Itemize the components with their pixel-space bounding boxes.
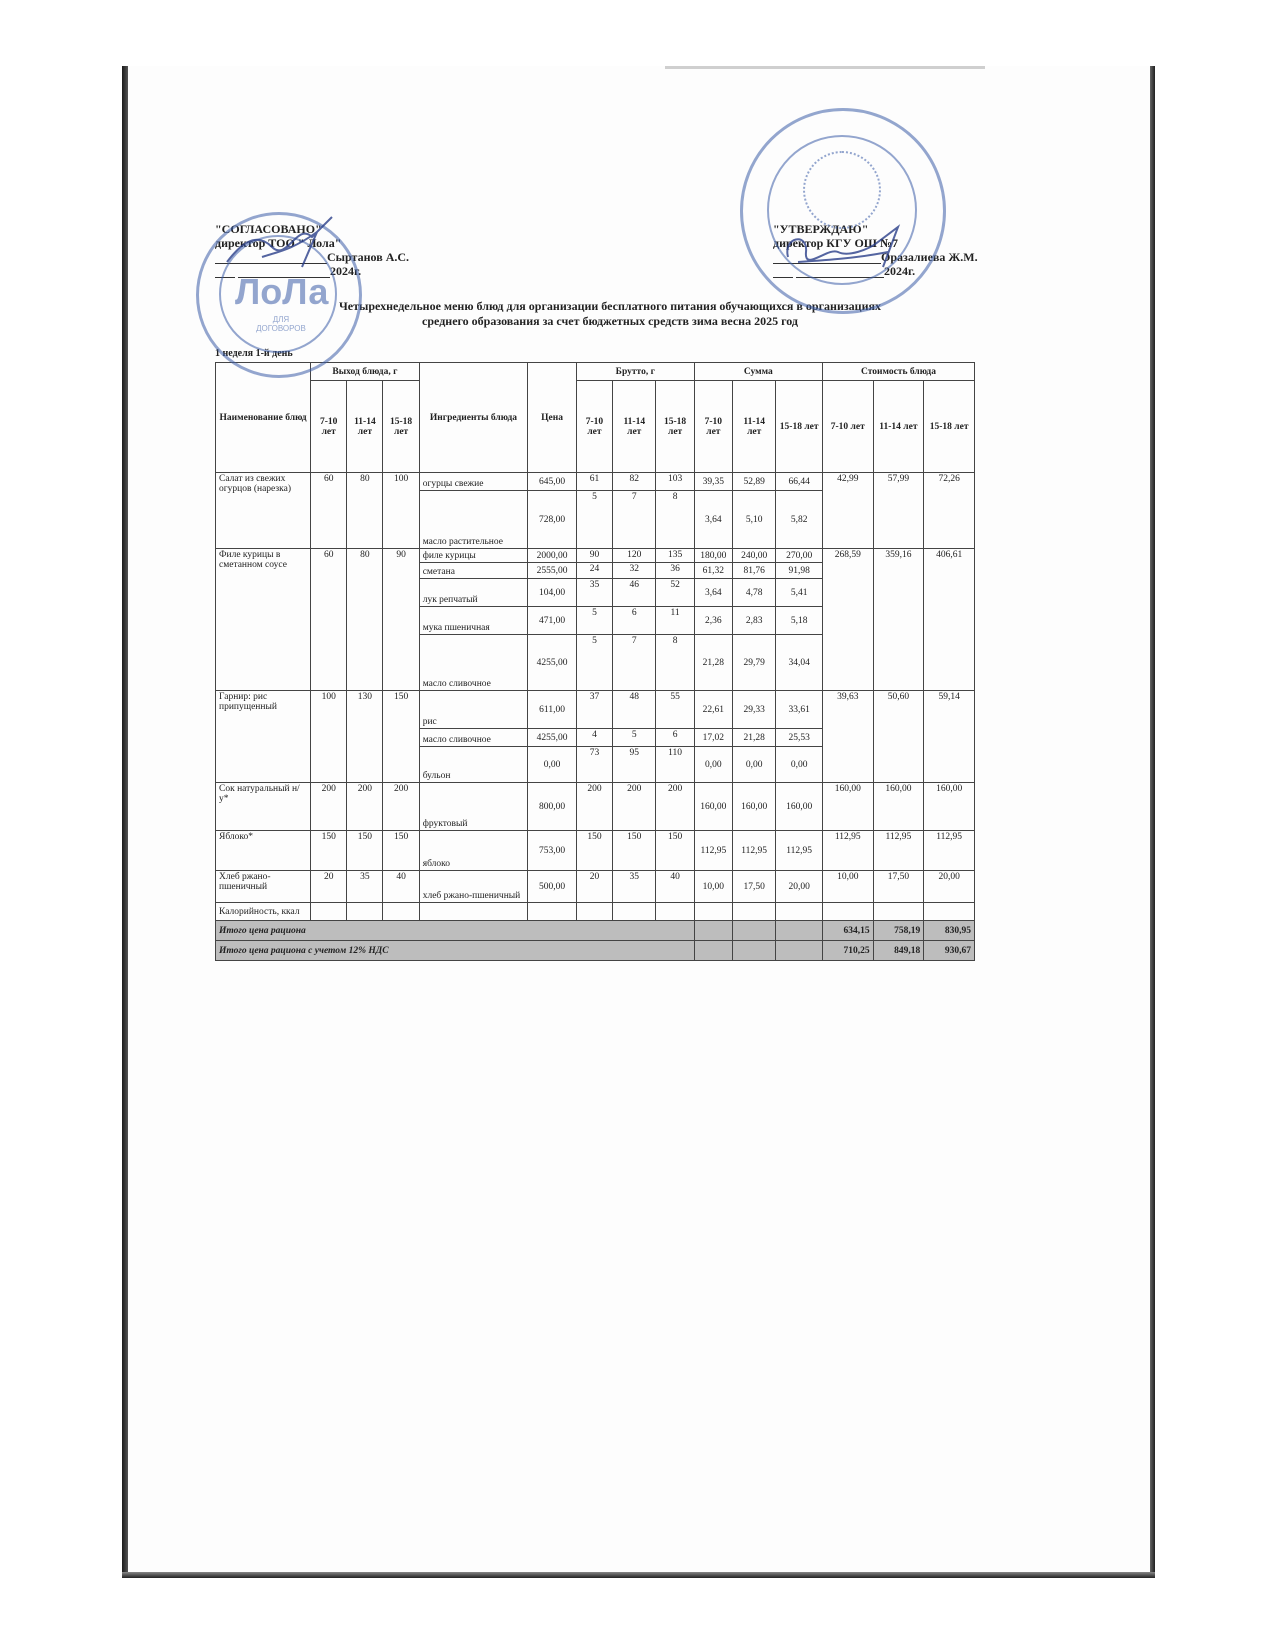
ingredient-name: фруктовый (419, 783, 528, 831)
approval-agreed-sign-row: Сыртанов А.С. (215, 250, 409, 264)
empty-cell (694, 941, 732, 961)
empty-cell (694, 921, 732, 941)
ingredient-sum: 20,00 (776, 871, 823, 903)
total-row-value: 830,95 (924, 921, 975, 941)
ingredient-name: яблоко (419, 831, 528, 871)
total-vat-row: Итого цена рациона с учетом 12% НДС710,2… (216, 941, 975, 961)
table-row: Филе курицы в сметанном соусе608090филе … (216, 549, 975, 563)
ingredient-brutto: 4 (576, 729, 612, 747)
ingredient-sum: 17,50 (732, 871, 775, 903)
ingredient-sum: 0,00 (732, 747, 775, 783)
calories-row: Калорийность, ккал (216, 903, 975, 921)
ingredient-brutto: 8 (656, 635, 694, 691)
approval-agreed-block: "СОГЛАСОВАНО" директор ТОО " Лола" Сырта… (215, 222, 409, 278)
ingredient-brutto: 150 (656, 831, 694, 871)
approval-agreed-name: Сыртанов А.С. (327, 250, 409, 264)
ingredient-sum: 61,32 (694, 563, 732, 579)
ingredient-price: 728,00 (528, 491, 577, 549)
ingredient-sum: 2,83 (732, 607, 775, 635)
total-row-value: 758,19 (873, 921, 924, 941)
ingredient-brutto: 5 (576, 607, 612, 635)
dish-output: 80 (347, 549, 383, 691)
ingredient-sum: 22,61 (694, 691, 732, 729)
week-day-label: 1 неделя 1-й день (215, 348, 293, 359)
table-row: Гарнир: рис припущенный100130150рис611,0… (216, 691, 975, 729)
ingredient-brutto: 35 (576, 579, 612, 607)
ingredient-brutto: 46 (613, 579, 656, 607)
date-day-line (215, 265, 235, 278)
menu-table: Наименование блюд Выход блюда, г Ингреди… (215, 362, 975, 961)
empty-cell (873, 903, 924, 921)
ingredient-brutto: 52 (656, 579, 694, 607)
dish-cost: 10,00 (822, 871, 873, 903)
menu-table-body: Салат из свежих огурцов (нарезка)6080100… (216, 473, 975, 961)
approval-approved-block: "УТВЕРЖДАЮ" директор КГУ ОШ №7 Оразалиев… (773, 222, 978, 278)
total-row: Итого цена рациона634,15758,19830,95 (216, 921, 975, 941)
dish-output: 80 (347, 473, 383, 549)
document-title-line-2: среднего образования за счет бюджетных с… (330, 314, 890, 329)
ingredient-sum: 4,78 (732, 579, 775, 607)
total-vat-row-value: 710,25 (822, 941, 873, 961)
ingredient-price: 0,00 (528, 747, 577, 783)
dish-name: Салат из свежих огурцов (нарезка) (216, 473, 311, 549)
scan-edge-top (665, 66, 985, 69)
dish-output: 100 (311, 691, 347, 783)
date-day-line (773, 265, 793, 278)
date-month-line (796, 265, 884, 278)
dish-output: 40 (383, 871, 419, 903)
dish-name: Сок натуральный н/у* (216, 783, 311, 831)
dish-output: 200 (311, 783, 347, 831)
header-brutto-age-15-18: 15-18 лет (656, 381, 694, 473)
dish-cost: 406,61 (924, 549, 975, 691)
empty-cell (576, 903, 612, 921)
header-sum-age-11-14: 11-14 лет (732, 381, 775, 473)
ingredient-sum: 160,00 (776, 783, 823, 831)
ingredient-brutto: 61 (576, 473, 612, 491)
ingredient-brutto: 7 (613, 635, 656, 691)
header-ingredients: Ингредиенты блюда (419, 363, 528, 473)
ingredient-name: хлеб ржано-пшеничный (419, 871, 528, 903)
ingredient-brutto: 35 (613, 871, 656, 903)
ingredient-sum: 81,76 (732, 563, 775, 579)
empty-cell (776, 903, 823, 921)
ingredient-brutto: 11 (656, 607, 694, 635)
ingredient-name: огурцы свежие (419, 473, 528, 491)
dish-output: 20 (311, 871, 347, 903)
ingredient-name: рис (419, 691, 528, 729)
ingredient-brutto: 73 (576, 747, 612, 783)
ingredient-price: 2000,00 (528, 549, 577, 563)
total-row-label: Итого цена рациона (216, 921, 695, 941)
ingredient-brutto: 110 (656, 747, 694, 783)
dish-output: 200 (347, 783, 383, 831)
dish-cost: 112,95 (873, 831, 924, 871)
ingredient-brutto: 120 (613, 549, 656, 563)
header-output-age-11-14: 11-14 лет (347, 381, 383, 473)
approval-agreed-year: 2024г. (330, 264, 361, 278)
table-row: Яблоко*150150150яблоко753,00150150150112… (216, 831, 975, 871)
ingredient-brutto: 40 (656, 871, 694, 903)
ingredient-sum: 29,79 (732, 635, 775, 691)
ingredient-name: масло сливочное (419, 635, 528, 691)
header-price: Цена (528, 363, 577, 473)
empty-cell (822, 903, 873, 921)
ingredient-price: 4255,00 (528, 729, 577, 747)
ingredient-sum: 112,95 (694, 831, 732, 871)
ingredient-name: мука пшеничная (419, 607, 528, 635)
ingredient-sum: 180,00 (694, 549, 732, 563)
table-row: Хлеб ржано-пшеничный203540хлеб ржано-пше… (216, 871, 975, 903)
ingredient-sum: 17,02 (694, 729, 732, 747)
dish-cost: 39,63 (822, 691, 873, 783)
header-dish-name: Наименование блюд (216, 363, 311, 473)
empty-cell (694, 903, 732, 921)
header-cost-age-7-10: 7-10 лет (822, 381, 873, 473)
dish-cost: 59,14 (924, 691, 975, 783)
header-output-age-7-10: 7-10 лет (311, 381, 347, 473)
dish-name: Гарнир: рис припущенный (216, 691, 311, 783)
dish-output: 150 (383, 691, 419, 783)
ingredient-brutto: 5 (613, 729, 656, 747)
ingredient-brutto: 90 (576, 549, 612, 563)
approval-agreed-heading: "СОГЛАСОВАНО" (215, 222, 409, 236)
dish-cost: 112,95 (822, 831, 873, 871)
dish-cost: 17,50 (873, 871, 924, 903)
menu-table-header: Наименование блюд Выход блюда, г Ингреди… (216, 363, 975, 473)
ingredient-name: масло растительное (419, 491, 528, 549)
ingredient-sum: 3,64 (694, 579, 732, 607)
scan-edge-right (1150, 66, 1155, 1578)
dish-cost: 359,16 (873, 549, 924, 691)
dish-cost: 160,00 (822, 783, 873, 831)
ingredient-sum: 52,89 (732, 473, 775, 491)
header-sum-age-15-18: 15-18 лет (776, 381, 823, 473)
table-row: Салат из свежих огурцов (нарезка)6080100… (216, 473, 975, 491)
ingredient-brutto: 135 (656, 549, 694, 563)
ingredient-brutto: 5 (576, 491, 612, 549)
dish-cost: 20,00 (924, 871, 975, 903)
ingredient-brutto: 6 (656, 729, 694, 747)
ingredient-brutto: 5 (576, 635, 612, 691)
scan-edge-left (122, 66, 128, 1578)
empty-cell (613, 903, 656, 921)
ingredient-sum: 33,61 (776, 691, 823, 729)
approval-approved-sign-row: Оразалиева Ж.М. (773, 250, 978, 264)
document-title-line-1: Четырехнедельное меню блюд для организац… (330, 299, 890, 314)
dish-output: 150 (311, 831, 347, 871)
ingredient-brutto: 200 (576, 783, 612, 831)
ingredient-sum: 160,00 (694, 783, 732, 831)
calories-label: Калорийность, ккал (216, 903, 311, 921)
signature-line (215, 251, 327, 264)
ingredient-brutto: 37 (576, 691, 612, 729)
empty-cell (776, 941, 823, 961)
ingredient-brutto: 95 (613, 747, 656, 783)
total-vat-row-label: Итого цена рациона с учетом 12% НДС (216, 941, 695, 961)
ingredient-brutto: 55 (656, 691, 694, 729)
ingredient-name: лук репчатый (419, 579, 528, 607)
ingredient-price: 104,00 (528, 579, 577, 607)
total-vat-row-value: 930,67 (924, 941, 975, 961)
dish-output: 130 (347, 691, 383, 783)
header-output-age-15-18: 15-18 лет (383, 381, 419, 473)
ingredient-sum: 5,10 (732, 491, 775, 549)
ingredient-name: масло сливочное (419, 729, 528, 747)
ingredient-sum: 5,41 (776, 579, 823, 607)
header-brutto-age-7-10: 7-10 лет (576, 381, 612, 473)
approval-agreed-position: директор ТОО " Лола" (215, 236, 409, 250)
header-brutto-group: Брутто, г (576, 363, 694, 381)
header-sum-group: Сумма (694, 363, 822, 381)
header-cost-age-11-14: 11-14 лет (873, 381, 924, 473)
ingredient-brutto: 32 (613, 563, 656, 579)
ingredient-price: 2555,00 (528, 563, 577, 579)
dish-cost: 50,60 (873, 691, 924, 783)
empty-cell (311, 903, 347, 921)
header-cost-group: Стоимость блюда (822, 363, 974, 381)
ingredient-brutto: 82 (613, 473, 656, 491)
dish-cost: 112,95 (924, 831, 975, 871)
dish-name: Яблоко* (216, 831, 311, 871)
ingredient-sum: 25,53 (776, 729, 823, 747)
ingredient-brutto: 150 (613, 831, 656, 871)
dish-name: Хлеб ржано-пшеничный (216, 871, 311, 903)
ingredient-name: бульон (419, 747, 528, 783)
dish-cost: 72,26 (924, 473, 975, 549)
scan-edge-bottom (122, 1572, 1155, 1578)
ingredient-sum: 21,28 (732, 729, 775, 747)
ingredient-brutto: 7 (613, 491, 656, 549)
approval-approved-date-row: 2024г. (773, 264, 978, 278)
ingredient-sum: 0,00 (694, 747, 732, 783)
ingredient-name: филе курицы (419, 549, 528, 563)
ingredient-sum: 0,00 (776, 747, 823, 783)
empty-cell (656, 903, 694, 921)
table-row: Сок натуральный н/у*200200200фруктовый80… (216, 783, 975, 831)
ingredient-brutto: 103 (656, 473, 694, 491)
ingredient-price: 645,00 (528, 473, 577, 491)
ingredient-sum: 3,64 (694, 491, 732, 549)
ingredient-sum: 91,98 (776, 563, 823, 579)
dish-cost: 42,99 (822, 473, 873, 549)
ingredient-brutto: 24 (576, 563, 612, 579)
total-row-value: 634,15 (822, 921, 873, 941)
ingredient-name: сметана (419, 563, 528, 579)
empty-cell (924, 903, 975, 921)
ingredient-price: 753,00 (528, 831, 577, 871)
ingredient-brutto: 48 (613, 691, 656, 729)
ingredient-brutto: 200 (656, 783, 694, 831)
ingredient-sum: 5,18 (776, 607, 823, 635)
date-month-line (238, 265, 330, 278)
approval-approved-name: Оразалиева Ж.М. (881, 250, 978, 264)
dish-cost: 57,99 (873, 473, 924, 549)
approval-approved-heading: "УТВЕРЖДАЮ" (773, 222, 978, 236)
header-output-group: Выход блюда, г (311, 363, 420, 381)
ingredient-sum: 5,82 (776, 491, 823, 549)
approval-agreed-date-row: 2024г. (215, 264, 409, 278)
empty-cell (528, 903, 577, 921)
document-title: Четырехнедельное меню блюд для организац… (330, 299, 890, 329)
dish-cost: 160,00 (924, 783, 975, 831)
ingredient-sum: 160,00 (732, 783, 775, 831)
ingredient-brutto: 150 (576, 831, 612, 871)
dish-cost: 268,59 (822, 549, 873, 691)
ingredient-sum: 39,35 (694, 473, 732, 491)
dish-output: 60 (311, 549, 347, 691)
header-cost-age-15-18: 15-18 лет (924, 381, 975, 473)
ingredient-price: 611,00 (528, 691, 577, 729)
dish-name: Филе курицы в сметанном соусе (216, 549, 311, 691)
signature-line (773, 251, 881, 264)
ingredient-brutto: 20 (576, 871, 612, 903)
total-vat-row-value: 849,18 (873, 941, 924, 961)
dish-output: 35 (347, 871, 383, 903)
ingredient-brutto: 36 (656, 563, 694, 579)
empty-cell (419, 903, 528, 921)
ingredient-sum: 66,44 (776, 473, 823, 491)
empty-cell (347, 903, 383, 921)
dish-output: 150 (383, 831, 419, 871)
dish-output: 200 (383, 783, 419, 831)
ingredient-sum: 270,00 (776, 549, 823, 563)
ingredient-brutto: 8 (656, 491, 694, 549)
empty-cell (732, 941, 775, 961)
ingredient-sum: 10,00 (694, 871, 732, 903)
header-brutto-age-11-14: 11-14 лет (613, 381, 656, 473)
ingredient-price: 4255,00 (528, 635, 577, 691)
ingredient-price: 471,00 (528, 607, 577, 635)
ingredient-sum: 240,00 (732, 549, 775, 563)
ingredient-price: 500,00 (528, 871, 577, 903)
dish-output: 60 (311, 473, 347, 549)
ingredient-sum: 21,28 (694, 635, 732, 691)
empty-cell (776, 921, 823, 941)
ingredient-price: 800,00 (528, 783, 577, 831)
dish-output: 100 (383, 473, 419, 549)
ingredient-sum: 2,36 (694, 607, 732, 635)
ingredient-sum: 112,95 (732, 831, 775, 871)
header-sum-age-7-10: 7-10 лет (694, 381, 732, 473)
empty-cell (383, 903, 419, 921)
approval-approved-year: 2024г. (884, 264, 915, 278)
empty-cell (732, 903, 775, 921)
dish-output: 150 (347, 831, 383, 871)
ingredient-brutto: 6 (613, 607, 656, 635)
ingredient-sum: 34,04 (776, 635, 823, 691)
ingredient-sum: 29,33 (732, 691, 775, 729)
empty-cell (732, 921, 775, 941)
dish-output: 90 (383, 549, 419, 691)
ingredient-sum: 112,95 (776, 831, 823, 871)
dish-cost: 160,00 (873, 783, 924, 831)
ingredient-brutto: 200 (613, 783, 656, 831)
approval-approved-position: директор КГУ ОШ №7 (773, 236, 978, 250)
